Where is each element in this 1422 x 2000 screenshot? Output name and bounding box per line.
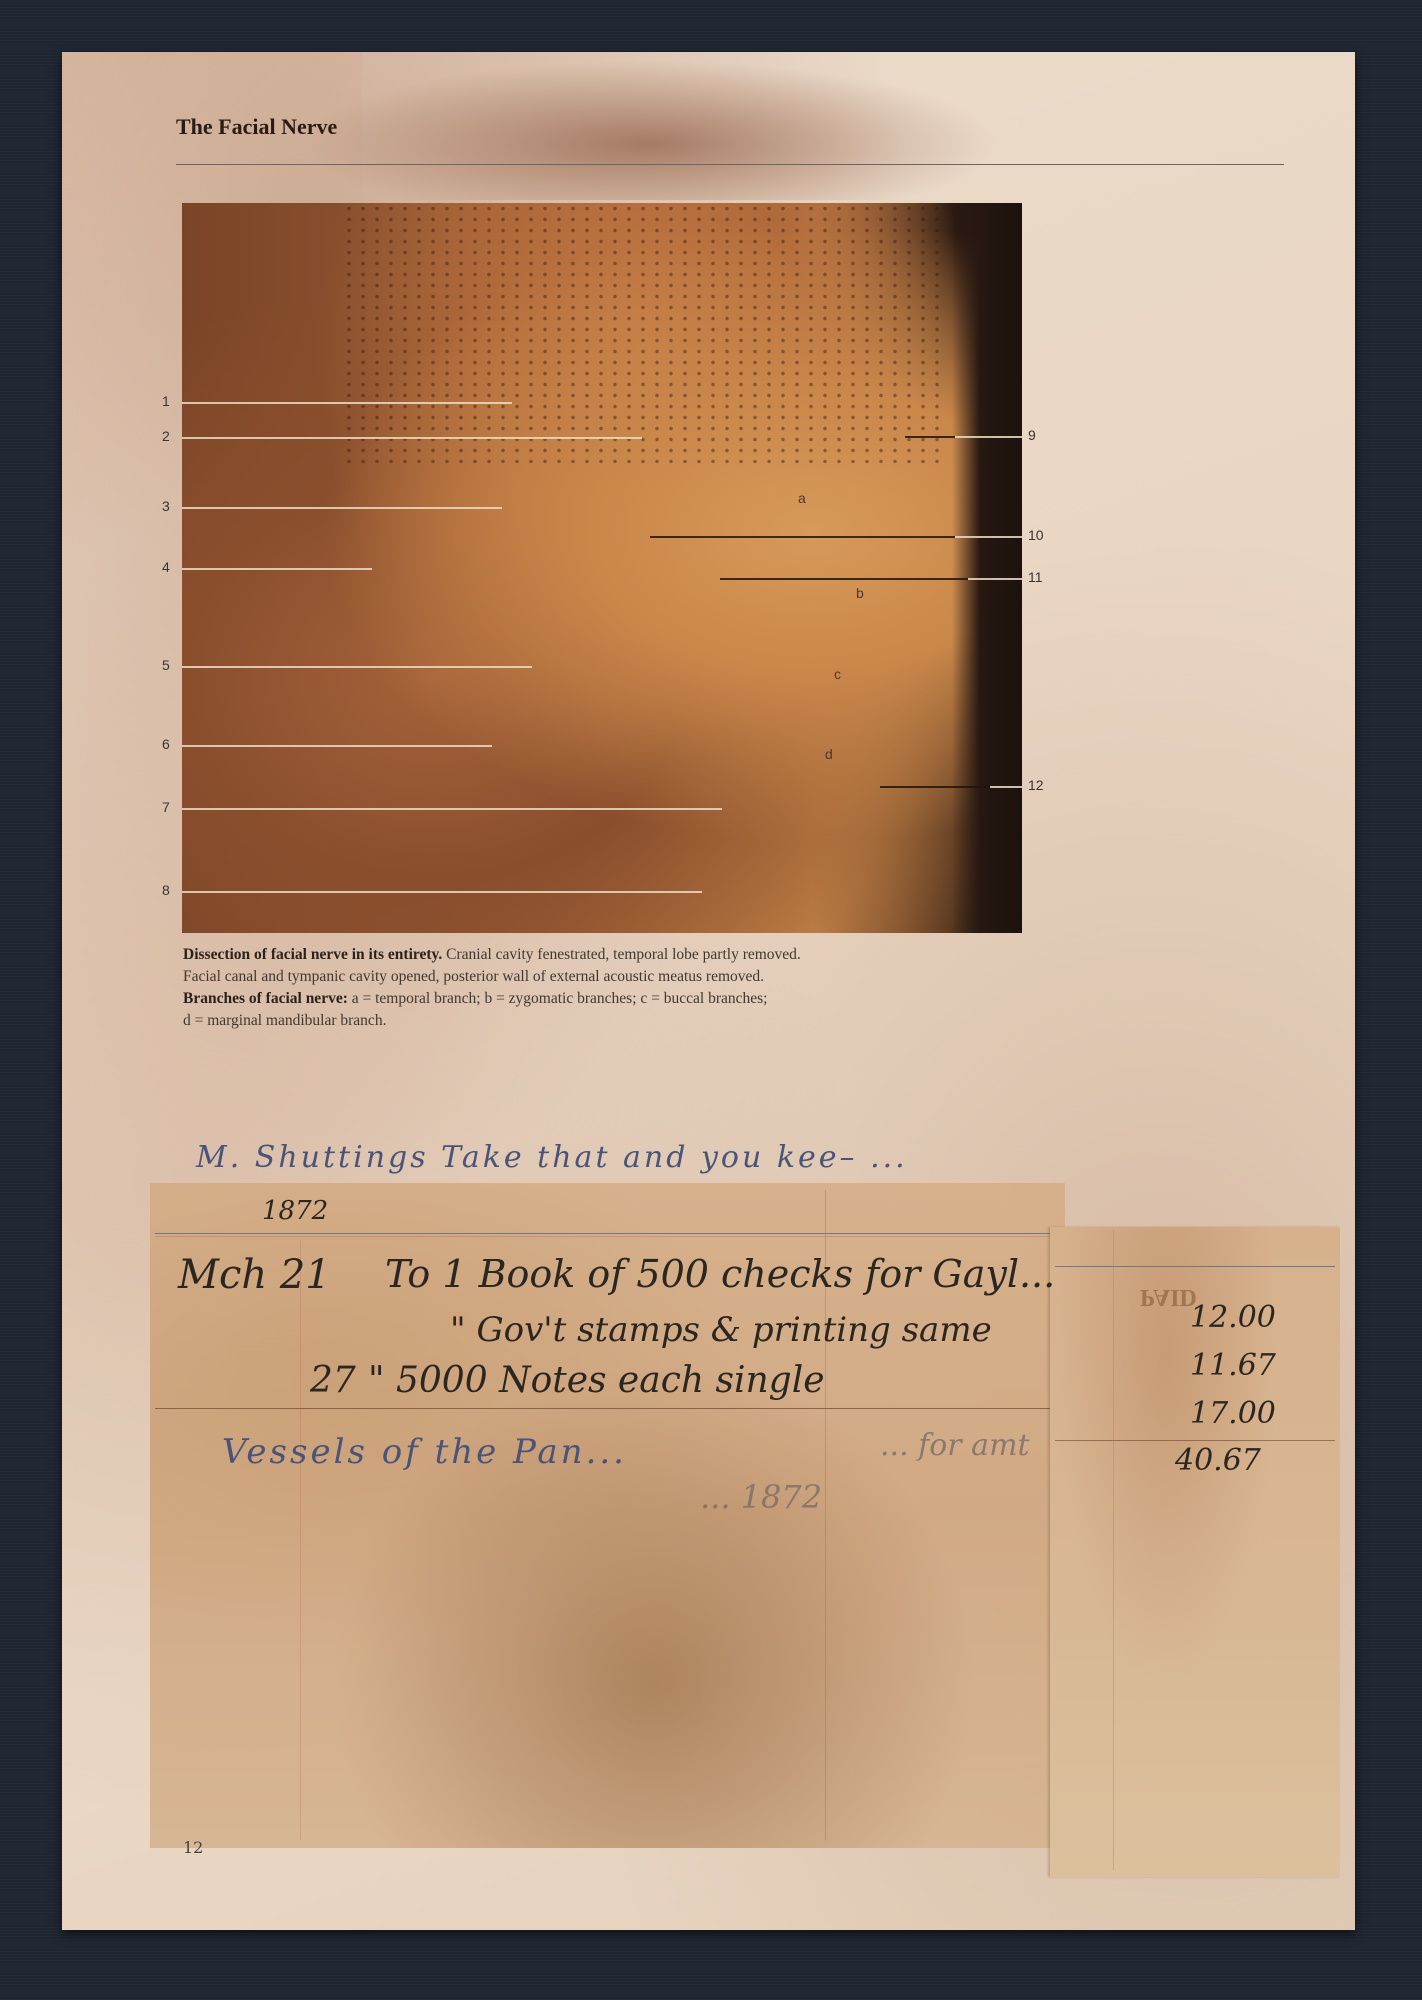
figure-label: 6 [162, 736, 170, 752]
figure-inline-label: a [798, 490, 806, 506]
figure-label: 11 [1028, 569, 1043, 585]
photo-speckle [342, 203, 942, 463]
leader-line-12b [990, 786, 1022, 788]
ledger-rule [155, 1408, 1050, 1409]
figure-label: 8 [162, 882, 170, 898]
leader-line-6 [182, 745, 492, 747]
figure-label: 12 [1028, 777, 1044, 793]
figure-label: 2 [162, 428, 170, 444]
figure-inline-label: d [825, 746, 833, 762]
leader-line-9 [905, 436, 955, 438]
figure-label: 1 [162, 393, 170, 409]
caption-bold: Branches of facial nerve: [183, 990, 348, 1007]
ledger-amount: 11.67 [1190, 1348, 1276, 1383]
faded-stamp: PAID [1140, 1283, 1197, 1310]
figure-caption: Dissection of facial nerve in its entire… [183, 944, 1063, 1032]
caption-text: Cranial cavity fenestrated, temporal lob… [442, 946, 801, 963]
leader-line-9b [955, 436, 1022, 438]
ledger-entry: " 5000 Notes each single [368, 1360, 825, 1401]
ledger-date: 27 [310, 1360, 356, 1401]
top-stain [300, 60, 1000, 200]
figure-label: 10 [1028, 527, 1044, 543]
ledger-total: 40.67 [1175, 1443, 1261, 1478]
ledger-entry: " Gov't stamps & printing same [450, 1310, 992, 1350]
ledger-rule [155, 1236, 1050, 1237]
ledger-column [1113, 1230, 1114, 1870]
ledger-amount: 12.00 [1190, 1300, 1276, 1335]
blue-note: Vessels of the Pan... [222, 1432, 627, 1472]
figure-label: 9 [1028, 427, 1036, 443]
ledger-rule [1055, 1266, 1335, 1267]
page-number: 12 [183, 1838, 203, 1857]
leader-line-1 [182, 402, 512, 404]
caption-bold: Dissection of facial nerve in its entire… [183, 946, 442, 963]
ledger-rule [1055, 1440, 1335, 1441]
ledger-amount: 17.00 [1190, 1396, 1276, 1431]
figure-label: 4 [162, 559, 170, 575]
caption-text: a = temporal branch; b = zygomatic branc… [348, 990, 768, 1007]
faded-note: ... for amt [880, 1428, 1030, 1463]
leader-line-3 [182, 507, 502, 509]
ledger-column [300, 1240, 301, 1840]
title-rule [176, 164, 1284, 165]
leader-line-10b [955, 536, 1022, 538]
leader-line-5 [182, 666, 532, 668]
leader-line-2 [182, 437, 642, 439]
ledger-rule [155, 1233, 1050, 1234]
leader-line-11 [720, 578, 968, 580]
caption-text: d = marginal mandibular branch. [183, 1010, 1063, 1032]
leader-line-8 [182, 891, 702, 893]
figure-inline-label: b [856, 585, 864, 601]
leader-line-7 [182, 808, 722, 810]
caption-text: Facial canal and tympanic cavity opened,… [183, 966, 1063, 988]
leader-line-11b [968, 578, 1022, 580]
figure-inline-label: c [834, 666, 841, 682]
faded-date: ... 1872 [700, 1478, 822, 1516]
leader-line-12 [880, 786, 990, 788]
figure-label: 7 [162, 799, 170, 815]
leader-line-4 [182, 568, 372, 570]
page-title: The Facial Nerve [176, 114, 337, 140]
pencil-note: M. Shuttings Take that and you kee– ... [196, 1140, 908, 1175]
ledger-date: Mch 21 [178, 1252, 331, 1298]
leader-line-10 [650, 536, 955, 538]
ledger-year: 1872 [262, 1196, 328, 1226]
figure-label: 3 [162, 498, 170, 514]
photo-dark-edge [952, 203, 1022, 933]
figure-label: 5 [162, 657, 170, 673]
ledger-entry: To 1 Book of 500 checks for Gayl... [385, 1252, 1055, 1296]
